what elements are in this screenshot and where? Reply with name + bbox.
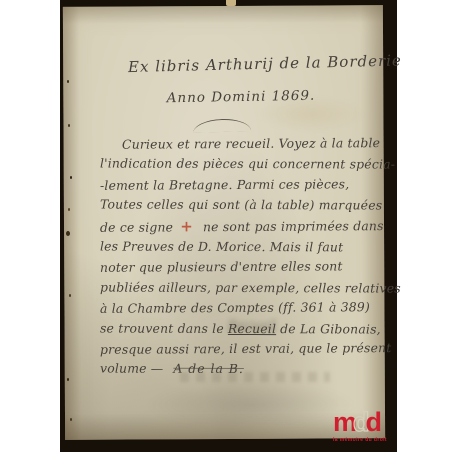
paper-stain-bottom (146, 382, 356, 428)
line-text: de ce signe (100, 219, 173, 234)
logo-letter-d-solid: d (366, 407, 381, 437)
author-signature: A de la B. (173, 361, 243, 376)
anno-domini-line: Anno Domini 1869. (156, 88, 326, 107)
manuscript-line: de ce signe+ne sont pas imprimées dans (100, 215, 378, 238)
book-photo: Ex libris Arthurij de la Borderie Anno D… (60, 0, 397, 452)
underlined-title: Recueil (228, 321, 276, 336)
manuscript-line: Toutes celles qui sont (à la table) marq… (100, 195, 378, 216)
line-text: se trouvent dans le (100, 320, 224, 335)
red-cross-mark: + (180, 217, 193, 235)
manuscript-line: presque aussi rare, il est vrai, que le … (100, 338, 378, 360)
mdd-logo-letters: mdd (333, 409, 395, 436)
manuscript-line: se trouvent dans leRecueilde La Gibonais… (100, 318, 378, 339)
line-text: de La Gibonais, (280, 321, 381, 336)
manuscript-line: à la Chambre des Comptes (ff. 361 à 389) (100, 297, 378, 319)
logo-tagline: la mémoire du droit (333, 438, 395, 443)
manuscript-line: -lement la Bretagne. Parmi ces pièces, (100, 174, 378, 196)
manuscript-line: publiées ailleurs, par exemple, celles r… (100, 277, 378, 298)
manuscript-line: Curieux et rare recueil. Voyez à la tabl… (100, 133, 378, 155)
manuscript-line: noter que plusieurs d'entre elles sont (100, 257, 378, 279)
line-text: ne sont pas imprimées dans (203, 218, 384, 234)
paper-specks (67, 80, 69, 83)
line-text: volume — (100, 361, 163, 376)
manuscript-note: Curieux et rare recueil. Voyez à la tabl… (100, 134, 378, 380)
logo-letter-m: m (333, 407, 355, 437)
manuscript-line: l'indication des pièces qui concernent s… (100, 154, 378, 175)
page-tab-notch (226, 0, 236, 6)
mdd-watermark-logo: mdd la mémoire du droit (333, 409, 395, 443)
manuscript-line: volume —A de la B. (100, 359, 378, 380)
manuscript-line: les Preuves de D. Morice. Mais il faut (100, 237, 378, 258)
